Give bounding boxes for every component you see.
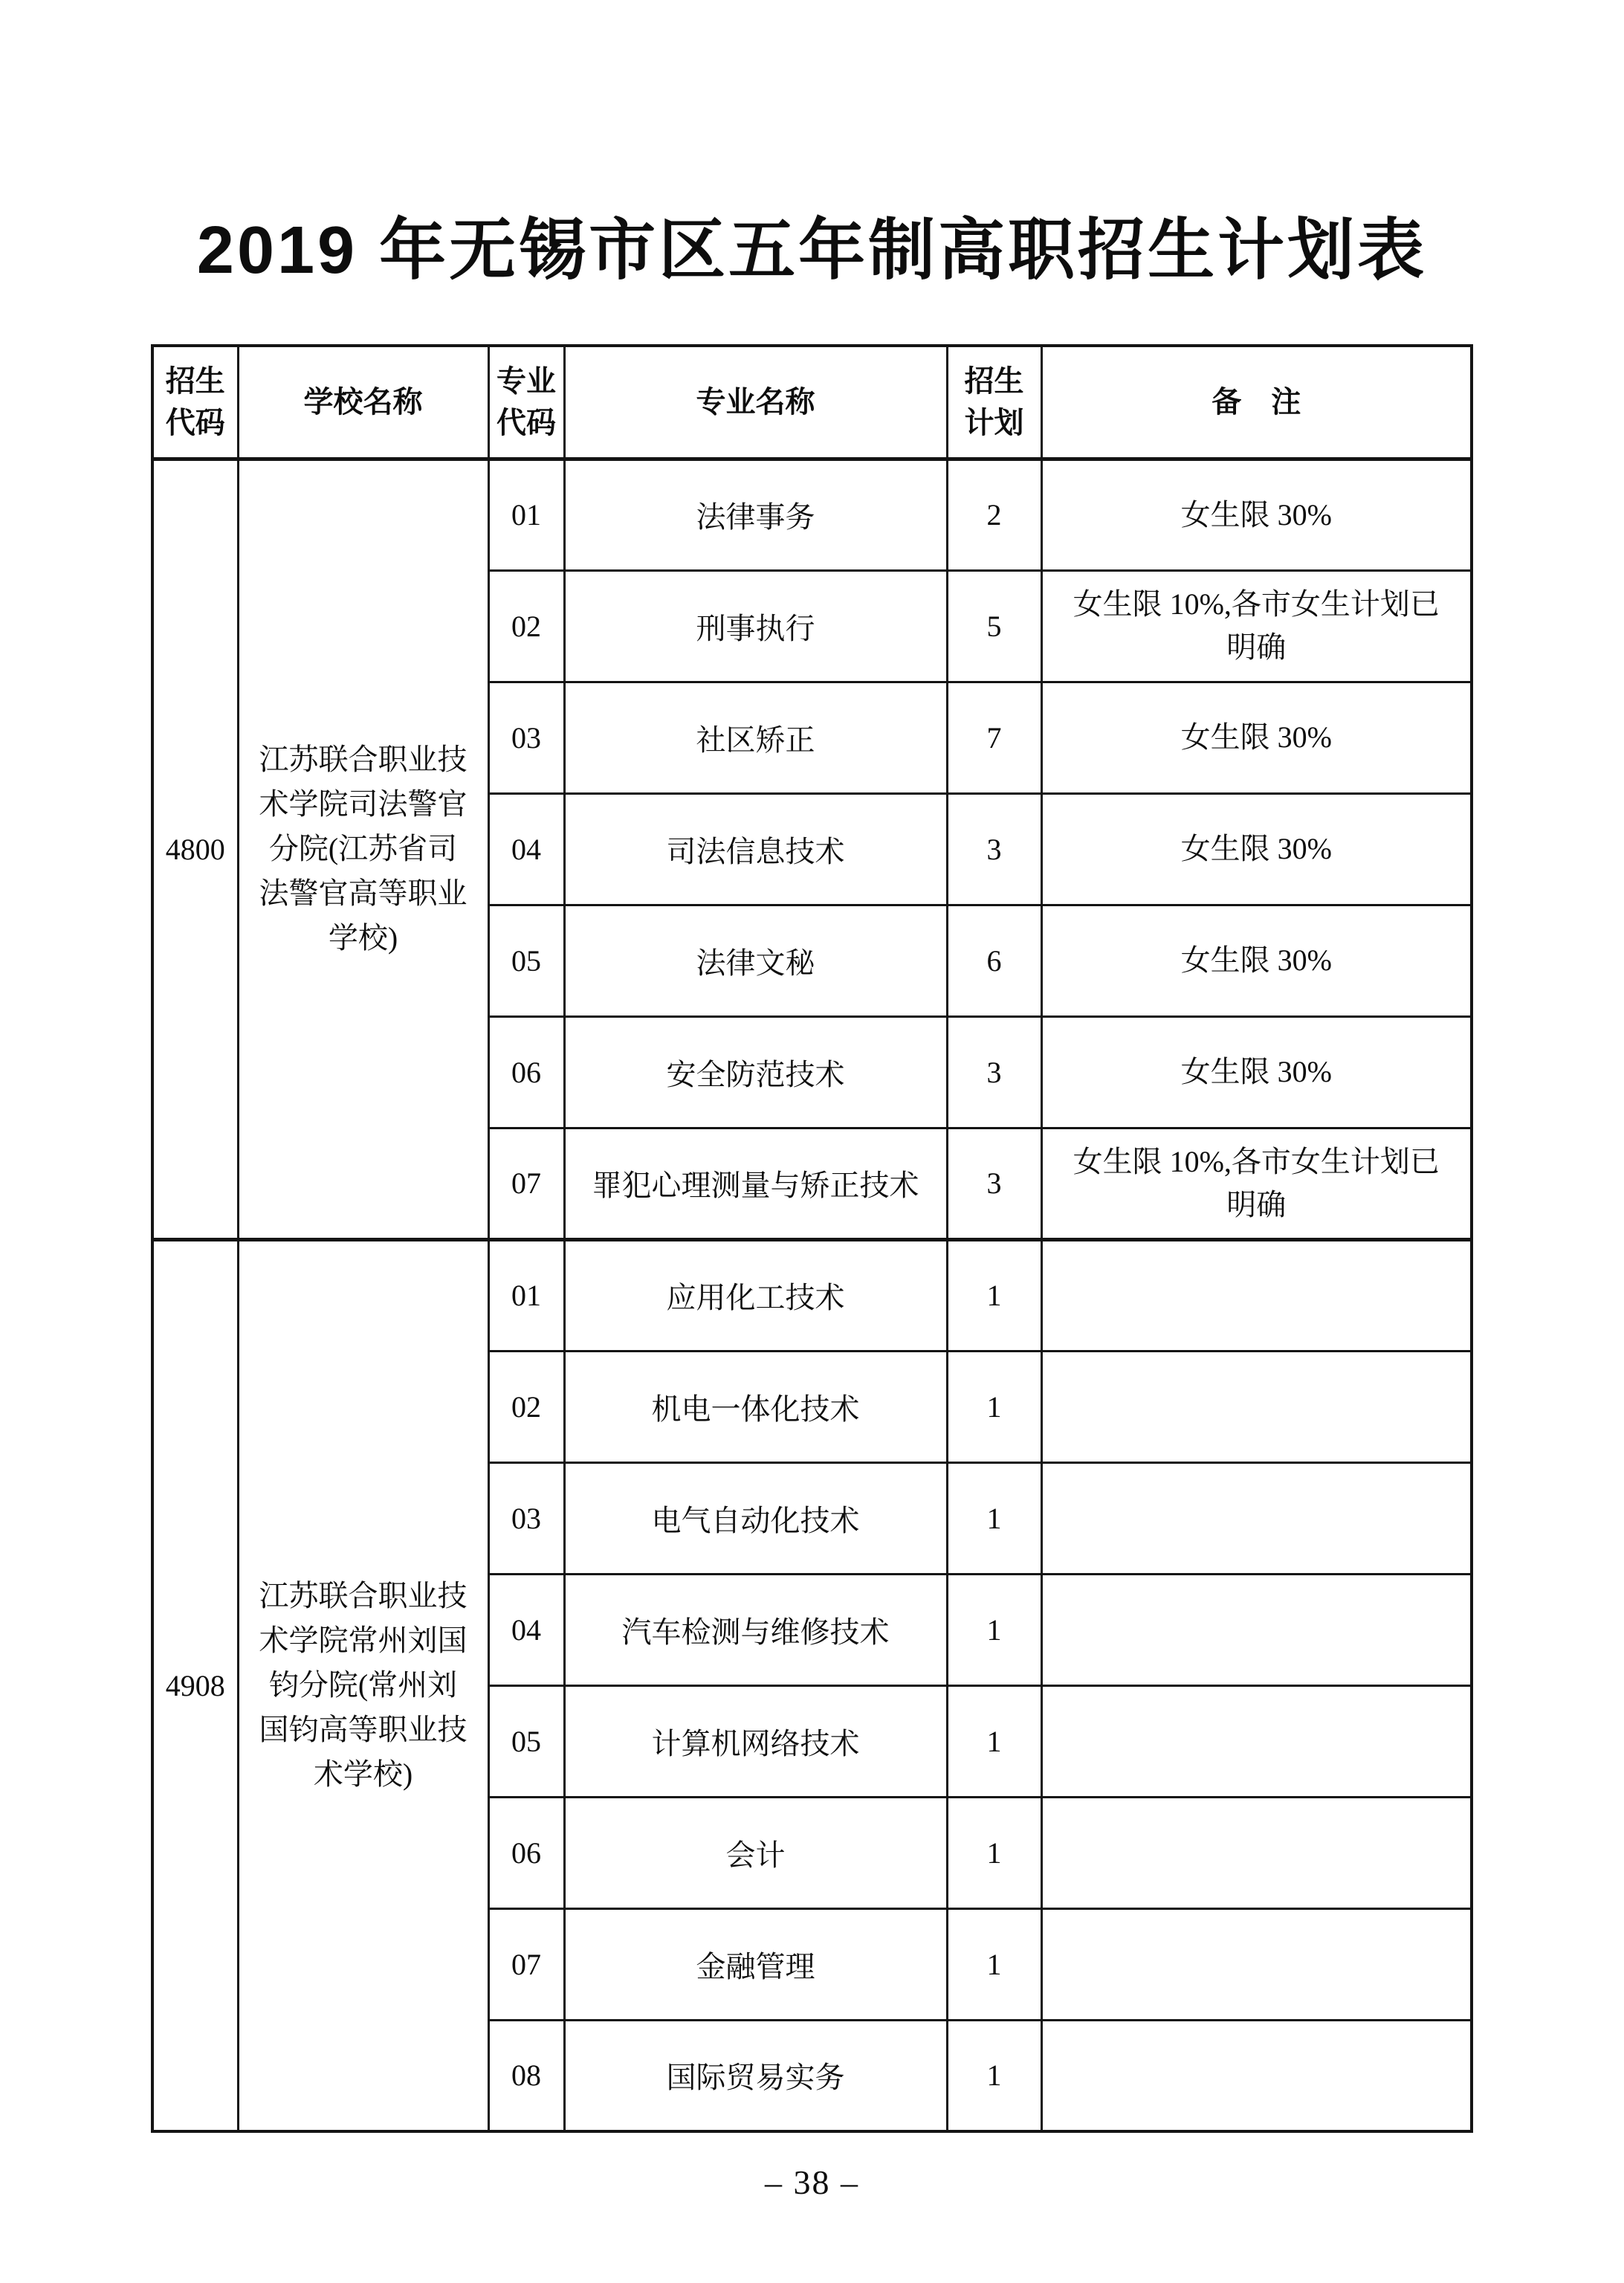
major-code-cell: 01 [488,459,564,570]
document-page: 2019 年无锡市区五年制高职招生计划表 招生 代码 学校名称 专业 代码 专业… [0,0,1624,2283]
table-row: 4908 江苏联合职业技 术学院常州刘国 钧分院(常州刘 国钧高等职业技 术学校… [152,1239,1472,1351]
plan-cell: 1 [947,1908,1041,2020]
plan-cell: 1 [947,1239,1041,1351]
col-header-enroll-plan: 招生 计划 [947,346,1041,459]
enrollment-plan-table: 招生 代码 学校名称 专业 代码 专业名称 招生 计划 备 注 4800 江苏联… [151,344,1473,2133]
remark-cell [1041,1239,1472,1351]
major-name-cell: 罪犯心理测量与矫正技术 [564,1128,947,1239]
remark-cell [1041,1574,1472,1685]
remark-cell: 女生限 30% [1041,682,1472,793]
remark-cell [1041,1797,1472,1908]
remark-cell: 女生限 10%,各市女生计划已 明确 [1041,1128,1472,1239]
plan-cell: 5 [947,570,1041,682]
major-name-cell: 法律事务 [564,459,947,570]
major-code-cell: 07 [488,1128,564,1239]
plan-cell: 7 [947,682,1041,793]
major-code-cell: 03 [488,1462,564,1574]
plan-cell: 1 [947,1574,1041,1685]
remark-cell [1041,1462,1472,1574]
remark-cell: 女生限 30% [1041,793,1472,905]
major-code-cell: 02 [488,1351,564,1462]
major-name-cell: 司法信息技术 [564,793,947,905]
plan-cell: 1 [947,1797,1041,1908]
major-name-cell: 应用化工技术 [564,1239,947,1351]
major-name-cell: 法律文秘 [564,905,947,1016]
school-name-cell: 江苏联合职业技 术学院常州刘国 钧分院(常州刘 国钧高等职业技 术学校) [238,1239,488,2131]
col-header-major-name: 专业名称 [564,346,947,459]
school-code-cell: 4908 [152,1239,238,2131]
major-name-cell: 金融管理 [564,1908,947,2020]
page-title: 2019 年无锡市区五年制高职招生计划表 [0,0,1624,284]
plan-cell: 1 [947,1462,1041,1574]
plan-cell: 1 [947,1685,1041,1797]
col-header-school-name: 学校名称 [238,346,488,459]
header-row: 招生 代码 学校名称 专业 代码 专业名称 招生 计划 备 注 [152,346,1472,459]
remark-cell: 女生限 30% [1041,1016,1472,1128]
plan-cell: 1 [947,1351,1041,1462]
major-code-cell: 08 [488,2020,564,2131]
plan-cell: 1 [947,2020,1041,2131]
school-code-cell: 4800 [152,459,238,1239]
page-number: – 38 – [0,2166,1624,2200]
major-code-cell: 07 [488,1908,564,2020]
major-code-cell: 06 [488,1797,564,1908]
col-header-remark: 备 注 [1041,346,1472,459]
major-name-cell: 安全防范技术 [564,1016,947,1128]
plan-cell: 3 [947,1016,1041,1128]
major-name-cell: 电气自动化技术 [564,1462,947,1574]
plan-cell: 3 [947,1128,1041,1239]
major-code-cell: 05 [488,905,564,1016]
major-name-cell: 国际贸易实务 [564,2020,947,2131]
major-code-cell: 04 [488,793,564,905]
major-name-cell: 计算机网络技术 [564,1685,947,1797]
col-header-enroll-code: 招生 代码 [152,346,238,459]
remark-cell [1041,2020,1472,2131]
remark-cell: 女生限 30% [1041,905,1472,1016]
major-code-cell: 06 [488,1016,564,1128]
major-name-cell: 机电一体化技术 [564,1351,947,1462]
remark-cell [1041,1685,1472,1797]
major-name-cell: 社区矫正 [564,682,947,793]
remark-cell: 女生限 10%,各市女生计划已 明确 [1041,570,1472,682]
plan-cell: 6 [947,905,1041,1016]
major-name-cell: 刑事执行 [564,570,947,682]
major-code-cell: 05 [488,1685,564,1797]
col-header-major-code: 专业 代码 [488,346,564,459]
remark-cell [1041,1351,1472,1462]
major-code-cell: 03 [488,682,564,793]
plan-cell: 3 [947,793,1041,905]
major-code-cell: 01 [488,1239,564,1351]
table-row: 4800 江苏联合职业技 术学院司法警官 分院(江苏省司 法警官高等职业 学校)… [152,459,1472,570]
major-name-cell: 会计 [564,1797,947,1908]
major-code-cell: 04 [488,1574,564,1685]
major-name-cell: 汽车检测与维修技术 [564,1574,947,1685]
remark-cell: 女生限 30% [1041,459,1472,570]
remark-cell [1041,1908,1472,2020]
major-code-cell: 02 [488,570,564,682]
plan-cell: 2 [947,459,1041,570]
school-name-cell: 江苏联合职业技 术学院司法警官 分院(江苏省司 法警官高等职业 学校) [238,459,488,1239]
